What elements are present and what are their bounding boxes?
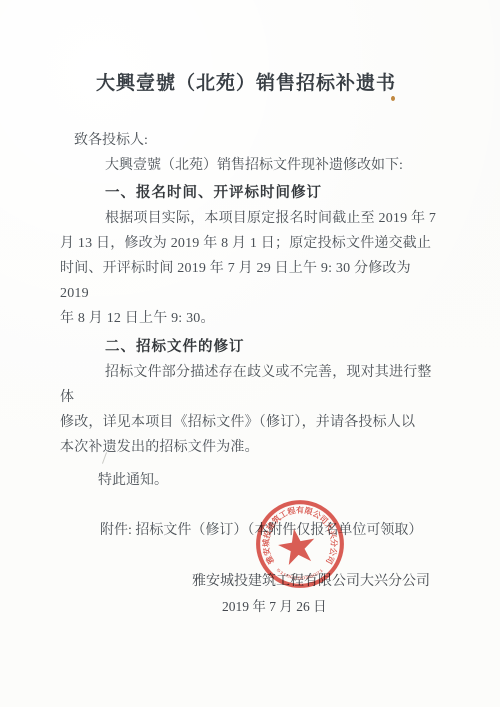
company-seal: 雅安城投建筑工程有限公司大兴分公司 5118025028021 <box>254 498 346 590</box>
attachment-line: 附件: 招标文件（修订）（本附件仅报名单位可领取） <box>60 518 440 543</box>
closing-line: 特此通知。 <box>60 468 440 493</box>
intro-line: 大興壹號（北苑）销售招标文件现补遗修改如下: <box>60 153 440 178</box>
signature-date: 2019 年 7 月 26 日 <box>222 594 440 619</box>
document-body: 致各投标人: 大興壹號（北苑）销售招标文件现补遗修改如下: 一、报名时间、开评标… <box>60 128 440 619</box>
section-1-heading: 一、报名时间、开评标时间修订 <box>105 181 440 206</box>
document-title: 大興壹號（北苑）销售招标补遗书 <box>0 68 492 95</box>
section-1-body: 根据项目实际，本项目原定报名时间截止至 2019 年 7 月 13 日，修改为 … <box>60 206 440 331</box>
scanned-document-page: 大興壹號（北苑）销售招标补遗书 致各投标人: 大興壹號（北苑）销售招标文件现补遗… <box>0 0 500 707</box>
seal-code: 5118025028021 <box>276 568 325 580</box>
star-icon <box>276 525 318 566</box>
section-2-heading: 二、招标文件的修订 <box>105 335 440 360</box>
scan-speck <box>391 96 395 101</box>
section-2-body: 招标文件部分描述存在歧义或不完善，现对其进行整体 修改，详见本项目《招标文件》（… <box>60 360 440 460</box>
svg-text:5118025028021: 5118025028021 <box>276 568 325 580</box>
salutation-line: 致各投标人: <box>60 128 440 153</box>
